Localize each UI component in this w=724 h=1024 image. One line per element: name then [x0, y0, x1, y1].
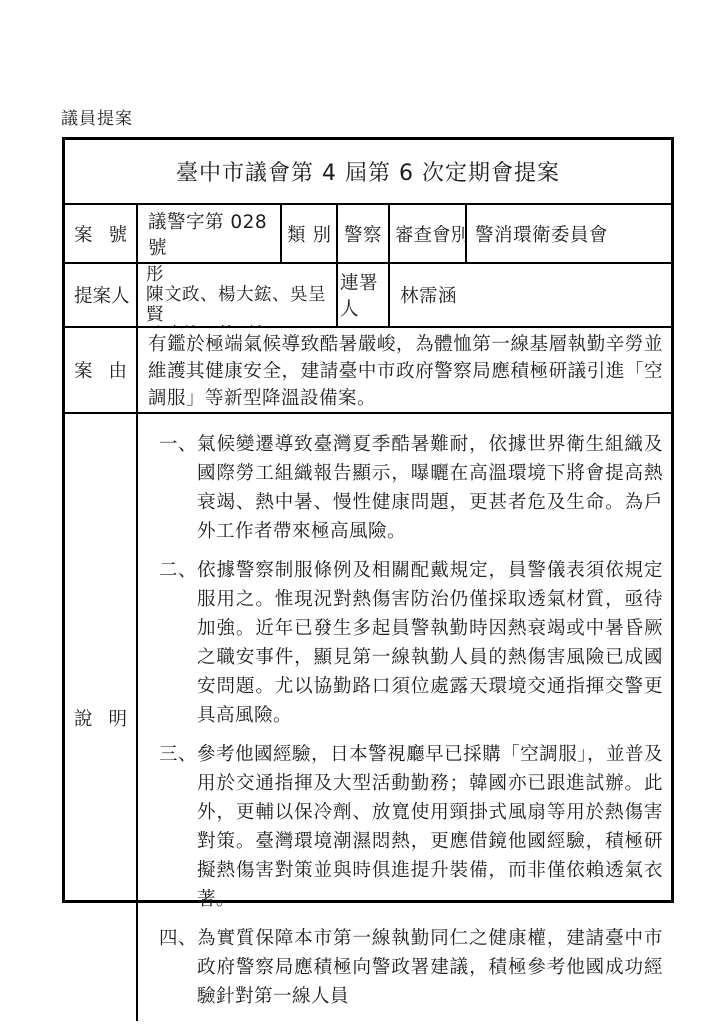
- explanation-item-4: 四、 為實質保障本市第一線執勤同仁之健康權，建請臺中市政府警察局應積極向警政署建…: [159, 924, 663, 1011]
- subject-label: 案由: [65, 357, 136, 383]
- proposer-names-cell: 邱愛珊、黃佳恬、張彥彤 陳文政、楊大鋐、吳呈賢 吳建德、賴順仁: [138, 264, 338, 326]
- case-number-value-cell: 議警字第 028 號: [138, 205, 282, 262]
- category-label: 類別: [282, 221, 336, 247]
- explanation-item-3-text: 參考他國經驗，日本警視廳早已採購「空調服」，並普及用於交通指揮及大型活動勤務；韓…: [197, 740, 663, 914]
- review-committee-label-cell: 審查會別: [390, 205, 467, 262]
- proposer-names-line-2: 陳文政、楊大鋐、吳呈賢: [146, 285, 336, 325]
- explanation-label: 說明: [65, 705, 136, 731]
- explanation-label-cell: 說明: [65, 414, 138, 1021]
- case-number-value: 議警字第 028 號: [148, 208, 280, 260]
- category-value: 警察: [344, 221, 382, 247]
- title-row: 臺中市議會第 4 屆第 6 次定期會提案: [65, 140, 671, 205]
- doc-type-label: 議員提案: [61, 104, 133, 129]
- explanation-item-3-number: 三、: [159, 740, 197, 914]
- explanation-item-4-number: 四、: [159, 924, 197, 1011]
- proposal-table: 臺中市議會第 4 屆第 6 次定期會提案 案號 議警字第 028 號 類別 警察…: [62, 137, 674, 903]
- proposer-row: 提案人 邱愛珊、黃佳恬、張彥彤 陳文政、楊大鋐、吳呈賢 吳建德、賴順仁 連署人 …: [65, 264, 671, 328]
- explanation-item-3: 三、 參考他國經驗，日本警視廳早已採購「空調服」，並普及用於交通指揮及大型活動勤…: [159, 740, 663, 914]
- category-value-cell: 警察: [338, 205, 390, 262]
- subject-row: 案由 有鑑於極端氣候導致酷暑嚴峻，為體恤第一線基層執勤辛勞並維護其健康安全，建請…: [65, 328, 671, 414]
- subject-body-cell: 有鑑於極端氣候導致酷暑嚴峻，為體恤第一線基層執勤辛勞並維護其健康安全，建請臺中市…: [138, 328, 671, 412]
- cosigner-value-cell: 林霈涵: [390, 264, 671, 326]
- cosigner-label: 連署人: [340, 269, 386, 321]
- proposer-label: 提案人: [65, 282, 136, 308]
- proposer-names: 邱愛珊、黃佳恬、張彥彤 陳文政、楊大鋐、吳呈賢 吳建德、賴順仁: [146, 264, 336, 326]
- review-committee-value: 警消環衛委員會: [475, 221, 608, 247]
- explanation-item-1-number: 一、: [159, 430, 197, 546]
- proposer-label-cell: 提案人: [65, 264, 138, 326]
- cosigner-label-cell: 連署人: [338, 264, 390, 326]
- explanation-item-2-text: 依據警察制服條例及相關配戴規定，員警儀表須依規定服用之。惟現況對熱傷害防治仍僅採…: [197, 556, 663, 730]
- explanation-item-1-text: 氣候變遷導致臺灣夏季酷暑難耐，依據世界衛生組織及國際勞工組織報告顯示，曝曬在高溫…: [197, 430, 663, 546]
- subject-text: 有鑑於極端氣候導致酷暑嚴峻，為體恤第一線基層執勤辛勞並維護其健康安全，建請臺中市…: [148, 331, 663, 412]
- explanation-item-1: 一、 氣候變遷導致臺灣夏季酷暑難耐，依據世界衛生組織及國際勞工組織報告顯示，曝曬…: [159, 430, 663, 546]
- explanation-item-4-text: 為實質保障本市第一線執勤同仁之健康權，建請臺中市政府警察局應積極向警政署建議，積…: [197, 924, 663, 1011]
- cosigner-value: 林霈涵: [400, 282, 457, 308]
- case-number-label-cell: 案號: [65, 205, 138, 262]
- case-number-row: 案號 議警字第 028 號 類別 警察 審查會別 警消環衛委員會: [65, 205, 671, 264]
- explanation-item-2-number: 二、: [159, 556, 197, 730]
- title-cell: 臺中市議會第 4 屆第 6 次定期會提案: [65, 140, 671, 203]
- explanation-row: 說明 一、 氣候變遷導致臺灣夏季酷暑難耐，依據世界衛生組織及國際勞工組織報告顯示…: [65, 414, 671, 1021]
- category-label-cell: 類別: [282, 205, 338, 262]
- case-number-label: 案號: [65, 221, 136, 247]
- proposer-names-line-3: 吳建德、賴順仁: [146, 325, 336, 326]
- document-page: 議員提案 臺中市議會第 4 屆第 6 次定期會提案 案號 議警字第 028 號 …: [0, 0, 724, 1024]
- document-title: 臺中市議會第 4 屆第 6 次定期會提案: [176, 156, 560, 187]
- subject-label-cell: 案由: [65, 328, 138, 412]
- review-committee-label: 審查會別: [390, 221, 465, 247]
- explanation-body-cell: 一、 氣候變遷導致臺灣夏季酷暑難耐，依據世界衛生組織及國際勞工組織報告顯示，曝曬…: [138, 414, 671, 1021]
- explanation-item-2: 二、 依據警察制服條例及相關配戴規定，員警儀表須依規定服用之。惟現況對熱傷害防治…: [159, 556, 663, 730]
- proposer-names-line-1: 邱愛珊、黃佳恬、張彥彤: [146, 264, 336, 285]
- review-committee-value-cell: 警消環衛委員會: [467, 205, 671, 262]
